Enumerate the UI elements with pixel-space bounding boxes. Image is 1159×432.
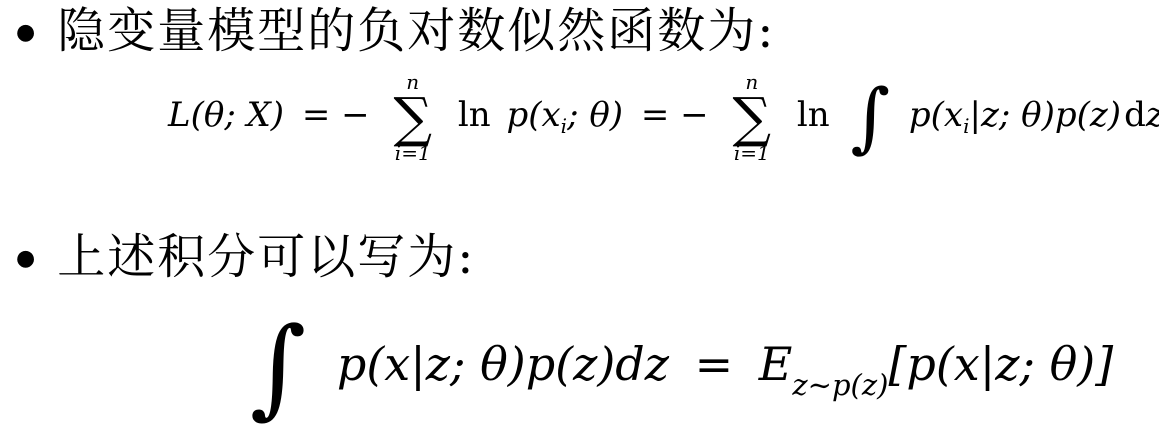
bullet-dot-icon: ● <box>16 22 35 44</box>
sum-operator-2: n ∑ i=1 <box>732 72 771 164</box>
sum-operator-1: n ∑ i=1 <box>393 72 432 164</box>
f1-p-term-2-open: p(x <box>909 95 963 135</box>
f1-p-term-2-close: |z; θ)p(z) <box>970 95 1122 135</box>
f2-integrand: p(x|z; θ)p(z)dz <box>337 337 669 391</box>
f1-differential-d: d <box>1124 95 1146 135</box>
f1-equals-minus-2: = − <box>641 95 709 135</box>
f1-ln-1: ln <box>458 95 491 135</box>
integral-icon: ∫ <box>250 305 306 430</box>
sum-lower-limit: i=1 <box>395 143 431 163</box>
slide-canvas: ● 隐变量模型的负对数似然函数为: L(θ; X) = − n ∑ i=1 ln… <box>0 0 1159 432</box>
f2-expectation-E: E <box>759 337 793 391</box>
integral-icon: ∫ <box>850 72 890 161</box>
f1-equals-minus-1: = − <box>302 95 370 135</box>
f2-bracketed-term: [p(x|z; θ)] <box>888 337 1113 391</box>
f1-p-term-1-close: ; θ) <box>567 95 623 135</box>
bullet-item-1: ● 隐变量模型的负对数似然函数为: <box>16 6 1159 56</box>
f2-equals: = <box>695 337 734 391</box>
bullet-2-text: 上述积分可以写为: <box>57 232 475 282</box>
sigma-icon: ∑ <box>393 93 432 143</box>
f1-differential-z: z <box>1146 95 1159 135</box>
f1-p-term-1-open: p(x <box>506 95 560 135</box>
sum-lower-limit: i=1 <box>734 143 770 163</box>
bullet-item-2: ● 上述积分可以写为: <box>16 232 1159 282</box>
bullet-dot-icon: ● <box>16 248 35 270</box>
sigma-icon: ∑ <box>732 93 771 143</box>
bullet-1-text: 隐变量模型的负对数似然函数为: <box>57 6 775 56</box>
f2-expectation-subscript: z∼p(z) <box>792 368 888 402</box>
formula-expectation-form: ∫ p(x|z; θ)p(z)dz = Ez∼p(z)[p(x|z; θ)] <box>250 299 1159 429</box>
f1-lhs: L(θ; X) <box>168 95 284 135</box>
f1-ln-2: ln <box>797 95 830 135</box>
formula-negative-log-likelihood: L(θ; X) = − n ∑ i=1 ln p(xi; θ) = − n ∑ … <box>168 56 1159 174</box>
